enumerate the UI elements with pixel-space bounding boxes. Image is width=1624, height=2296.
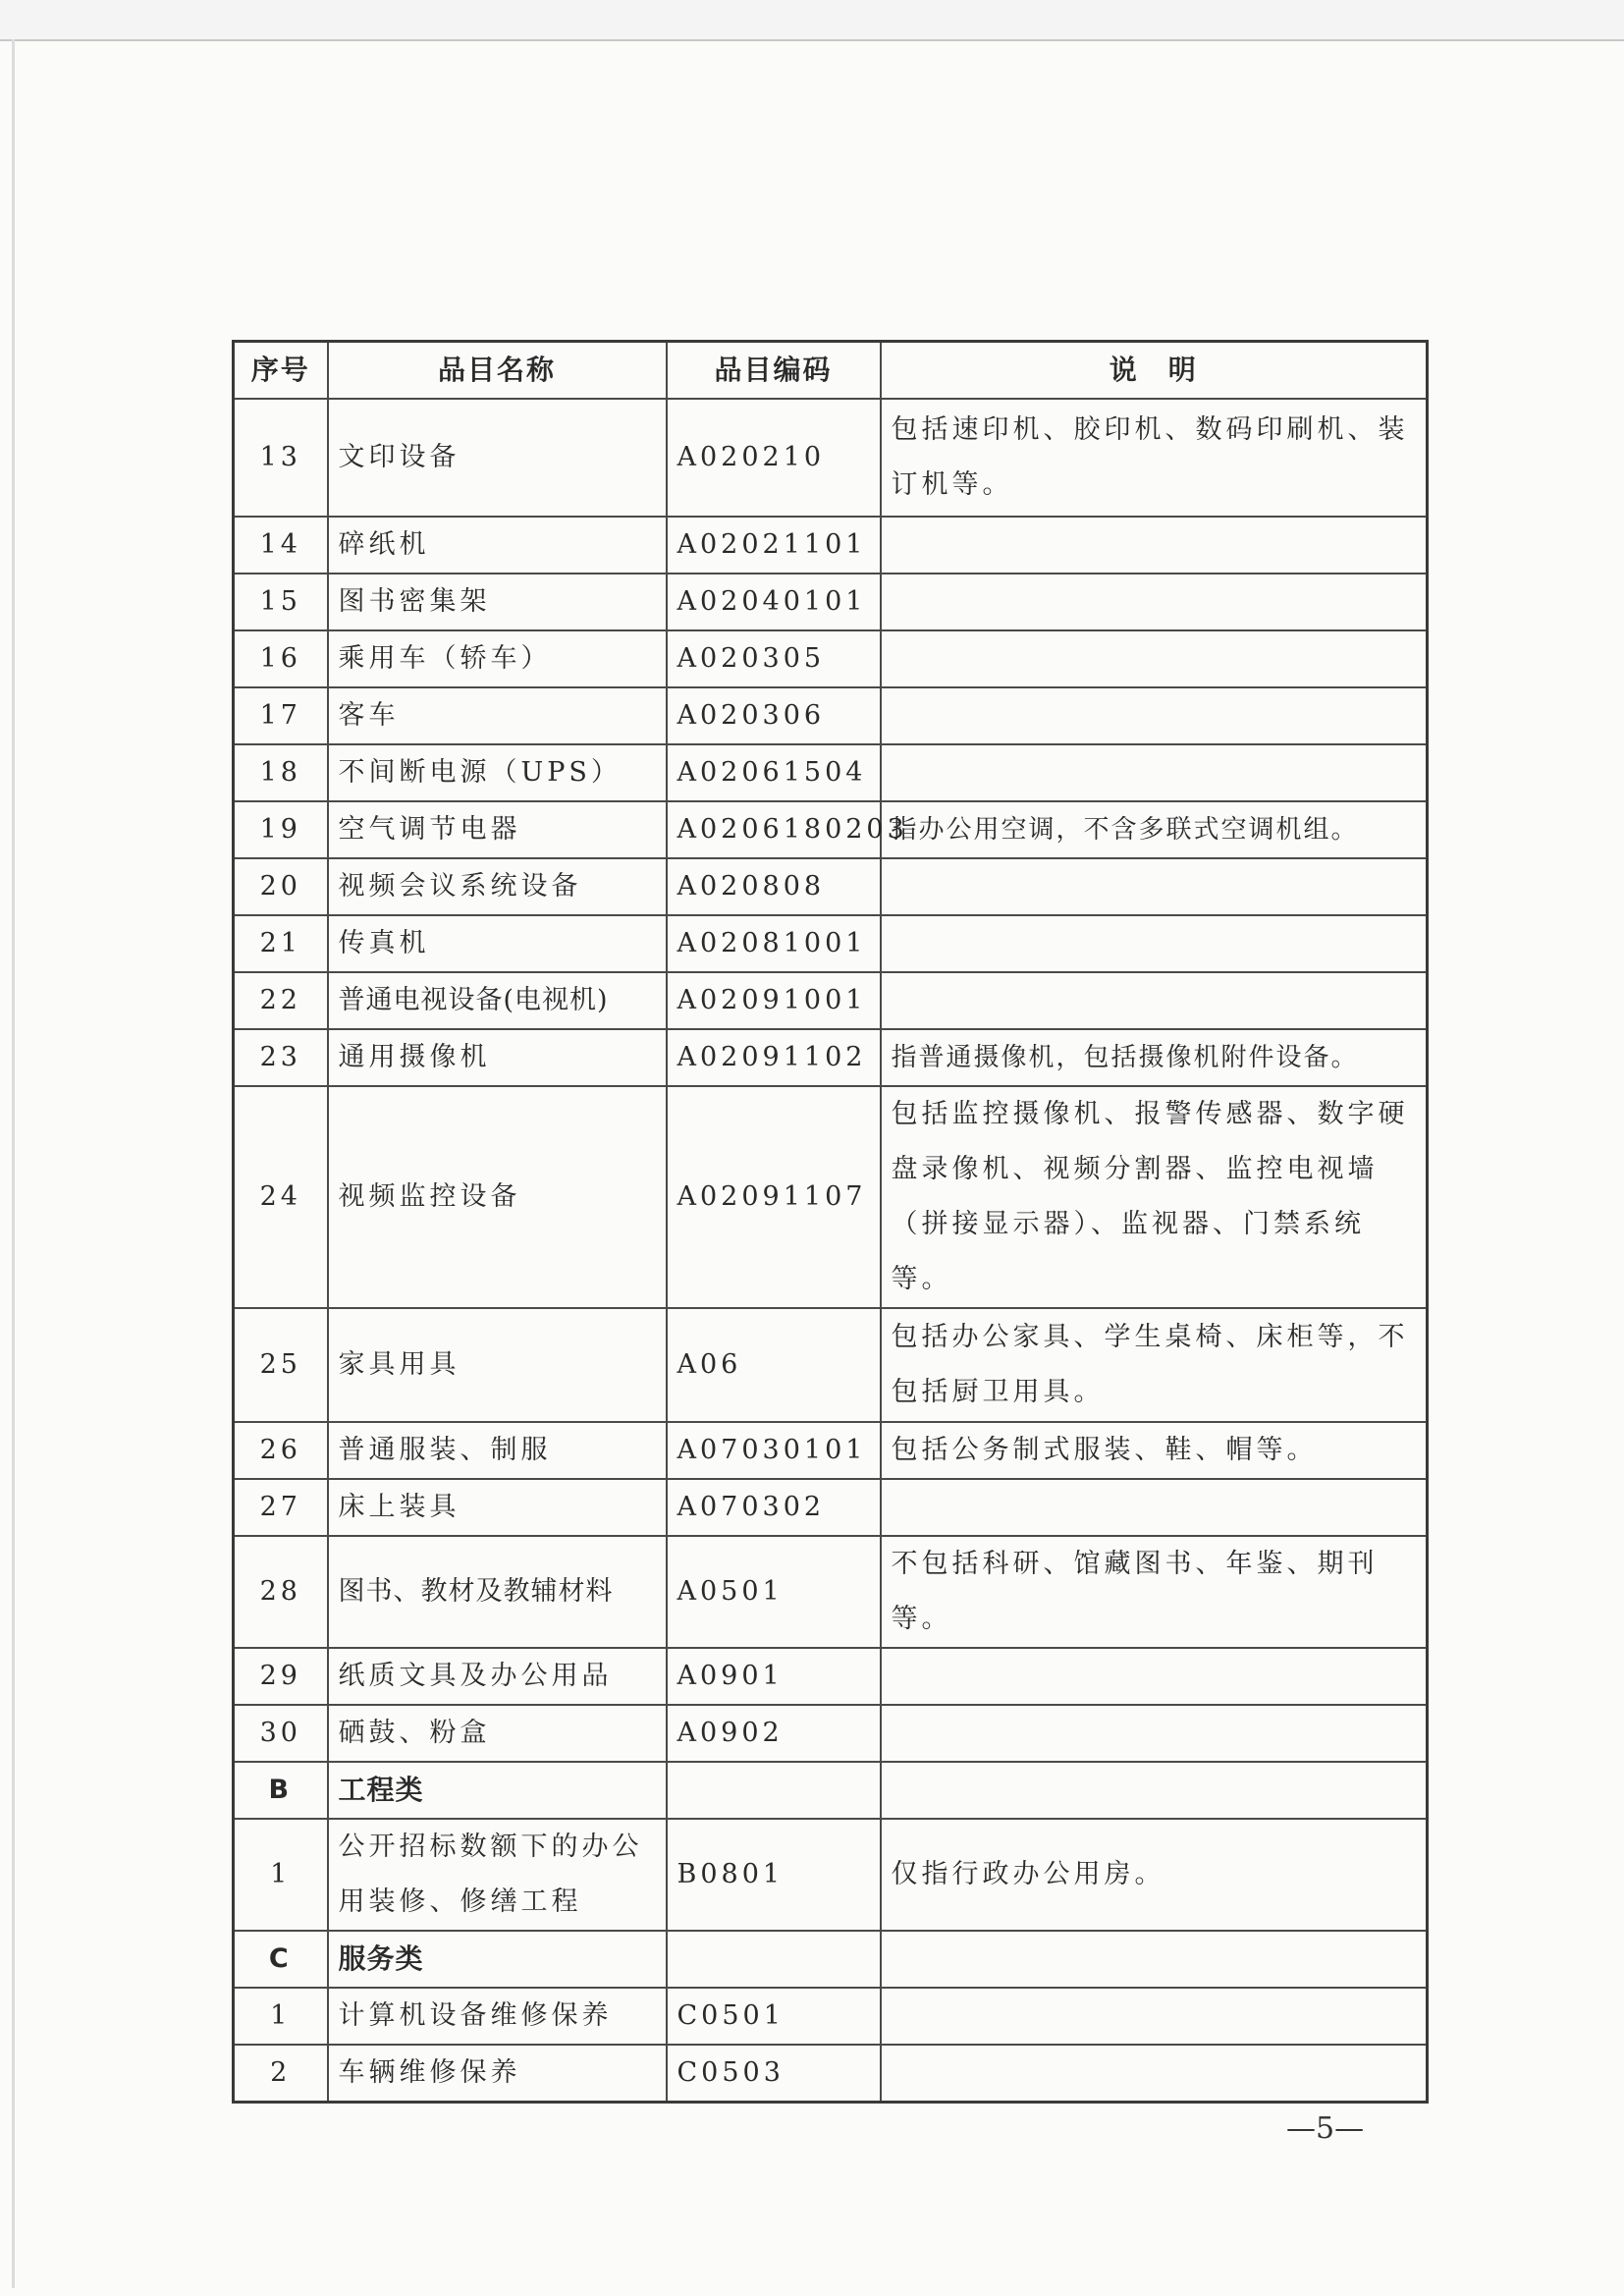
- cell-name: 硒鼓、粉盒: [328, 1705, 667, 1762]
- cell-code: A02021101: [667, 517, 881, 574]
- table-row: 1 公开招标数额下的办公用装修、修缮工程 B0801 仅指行政办公用房。: [234, 1819, 1428, 1931]
- cell-no: 22: [234, 972, 328, 1029]
- cell-desc: [881, 574, 1428, 630]
- cell-code: [667, 1762, 881, 1819]
- cell-code: A0501: [667, 1536, 881, 1648]
- table-row: 23 通用摄像机 A02091102 指普通摄像机，包括摄像机附件设备。: [234, 1029, 1428, 1086]
- cell-desc: [881, 1931, 1428, 1988]
- cell-name: 普通电视设备(电视机): [328, 972, 667, 1029]
- cell-code: [667, 1931, 881, 1988]
- cell-code: C0503: [667, 2045, 881, 2103]
- cell-code: A070302: [667, 1479, 881, 1536]
- cell-no: 15: [234, 574, 328, 630]
- cell-desc: [881, 1988, 1428, 2045]
- cell-code: A07030101: [667, 1422, 881, 1479]
- table-row: 24 视频监控设备 A02091107 包括监控摄像机、报警传感器、数字硬盘录像…: [234, 1086, 1428, 1308]
- page-number: —5—: [1286, 2111, 1364, 2146]
- cell-code: A020305: [667, 630, 881, 687]
- scan-binding-edge: [12, 39, 15, 2288]
- section-title: 服务类: [328, 1931, 667, 1988]
- table-row: 18 不间断电源（UPS） A02061504: [234, 744, 1428, 801]
- cell-code: A02091102: [667, 1029, 881, 1086]
- cell-no: 23: [234, 1029, 328, 1086]
- cell-name: 视频会议系统设备: [328, 858, 667, 915]
- cell-desc: [881, 1762, 1428, 1819]
- cell-no: 28: [234, 1536, 328, 1648]
- scan-top-edge: [0, 0, 1624, 41]
- cell-desc: 包括速印机、胶印机、数码印刷机、装订机等。: [881, 399, 1428, 517]
- cell-no: 14: [234, 517, 328, 574]
- section-title: 工程类: [328, 1762, 667, 1819]
- cell-desc: 包括监控摄像机、报警传感器、数字硬盘录像机、视频分割器、监控电视墙（拼接显示器）…: [881, 1086, 1428, 1308]
- cell-no: 13: [234, 399, 328, 517]
- cell-code: B0801: [667, 1819, 881, 1931]
- table-row: 2 车辆维修保养 C0503: [234, 2045, 1428, 2103]
- procurement-catalog-table: 序号 品目名称 品目编码 说 明 13 文印设备 A020210 包括速印机、胶…: [232, 340, 1429, 2104]
- table-row: 16 乘用车（轿车） A020305: [234, 630, 1428, 687]
- cell-no: 24: [234, 1086, 328, 1308]
- section-row-services: C 服务类: [234, 1931, 1428, 1988]
- cell-desc: 仅指行政办公用房。: [881, 1819, 1428, 1931]
- cell-no: 21: [234, 915, 328, 972]
- cell-name: 碎纸机: [328, 517, 667, 574]
- cell-desc: [881, 744, 1428, 801]
- section-row-engineering: B 工程类: [234, 1762, 1428, 1819]
- table-row: 25 家具用具 A06 包括办公家具、学生桌椅、床柜等，不包括厨卫用具。: [234, 1308, 1428, 1422]
- cell-name: 纸质文具及办公用品: [328, 1648, 667, 1705]
- cell-code: A02091001: [667, 972, 881, 1029]
- cell-code: C0501: [667, 1988, 881, 2045]
- cell-code: A0901: [667, 1648, 881, 1705]
- cell-code: A02061504: [667, 744, 881, 801]
- cell-code: A02081001: [667, 915, 881, 972]
- table-row: 22 普通电视设备(电视机) A02091001: [234, 972, 1428, 1029]
- table-row: 19 空气调节电器 A0206180203 指办公用空调，不含多联式空调机组。: [234, 801, 1428, 858]
- cell-desc: [881, 1648, 1428, 1705]
- cell-desc: 指办公用空调，不含多联式空调机组。: [881, 801, 1428, 858]
- cell-name: 床上装具: [328, 1479, 667, 1536]
- table-row: 30 硒鼓、粉盒 A0902: [234, 1705, 1428, 1762]
- table-row: 13 文印设备 A020210 包括速印机、胶印机、数码印刷机、装订机等。: [234, 399, 1428, 517]
- header-desc: 说 明: [881, 342, 1428, 400]
- table-row: 17 客车 A020306: [234, 687, 1428, 744]
- cell-desc: 指普通摄像机，包括摄像机附件设备。: [881, 1029, 1428, 1086]
- cell-name: 普通服装、制服: [328, 1422, 667, 1479]
- header-name: 品目名称: [328, 342, 667, 400]
- table-row: 21 传真机 A02081001: [234, 915, 1428, 972]
- cell-name: 传真机: [328, 915, 667, 972]
- table-header-row: 序号 品目名称 品目编码 说 明: [234, 342, 1428, 400]
- table-row: 20 视频会议系统设备 A020808: [234, 858, 1428, 915]
- cell-desc: [881, 972, 1428, 1029]
- table-row: 29 纸质文具及办公用品 A0901: [234, 1648, 1428, 1705]
- cell-name: 空气调节电器: [328, 801, 667, 858]
- cell-desc: [881, 1705, 1428, 1762]
- section-code: C: [234, 1931, 328, 1988]
- cell-no: 29: [234, 1648, 328, 1705]
- cell-no: 20: [234, 858, 328, 915]
- cell-name: 计算机设备维修保养: [328, 1988, 667, 2045]
- cell-name: 图书、教材及教辅材料: [328, 1536, 667, 1648]
- cell-code: A020210: [667, 399, 881, 517]
- cell-no: 18: [234, 744, 328, 801]
- header-code: 品目编码: [667, 342, 881, 400]
- cell-code: A020306: [667, 687, 881, 744]
- cell-code: A0902: [667, 1705, 881, 1762]
- cell-desc: [881, 2045, 1428, 2103]
- table-row: 15 图书密集架 A02040101: [234, 574, 1428, 630]
- cell-name: 公开招标数额下的办公用装修、修缮工程: [328, 1819, 667, 1931]
- cell-name: 文印设备: [328, 399, 667, 517]
- cell-desc: 包括办公家具、学生桌椅、床柜等，不包括厨卫用具。: [881, 1308, 1428, 1422]
- cell-no: 1: [234, 1819, 328, 1931]
- cell-no: 26: [234, 1422, 328, 1479]
- cell-name: 不间断电源（UPS）: [328, 744, 667, 801]
- cell-name: 车辆维修保养: [328, 2045, 667, 2103]
- cell-name: 乘用车（轿车）: [328, 630, 667, 687]
- cell-no: 30: [234, 1705, 328, 1762]
- section-code: B: [234, 1762, 328, 1819]
- cell-code: A0206180203: [667, 801, 881, 858]
- cell-name: 通用摄像机: [328, 1029, 667, 1086]
- table-row: 1 计算机设备维修保养 C0501: [234, 1988, 1428, 2045]
- cell-desc: [881, 915, 1428, 972]
- cell-no: 25: [234, 1308, 328, 1422]
- table-row: 27 床上装具 A070302: [234, 1479, 1428, 1536]
- cell-desc: 包括公务制式服装、鞋、帽等。: [881, 1422, 1428, 1479]
- cell-name: 图书密集架: [328, 574, 667, 630]
- cell-code: A02091107: [667, 1086, 881, 1308]
- cell-code: A06: [667, 1308, 881, 1422]
- cell-no: 2: [234, 2045, 328, 2103]
- cell-desc: [881, 517, 1428, 574]
- cell-desc: [881, 858, 1428, 915]
- cell-no: 1: [234, 1988, 328, 2045]
- cell-code: A02040101: [667, 574, 881, 630]
- cell-desc: [881, 687, 1428, 744]
- cell-desc: [881, 1479, 1428, 1536]
- cell-name: 客车: [328, 687, 667, 744]
- cell-code: A020808: [667, 858, 881, 915]
- cell-no: 16: [234, 630, 328, 687]
- cell-no: 19: [234, 801, 328, 858]
- cell-no: 17: [234, 687, 328, 744]
- table-row: 14 碎纸机 A02021101: [234, 517, 1428, 574]
- cell-desc: [881, 630, 1428, 687]
- cell-name: 视频监控设备: [328, 1086, 667, 1308]
- cell-name: 家具用具: [328, 1308, 667, 1422]
- cell-no: 27: [234, 1479, 328, 1536]
- table-row: 28 图书、教材及教辅材料 A0501 不包括科研、馆藏图书、年鉴、期刊等。: [234, 1536, 1428, 1648]
- header-no: 序号: [234, 342, 328, 400]
- cell-desc: 不包括科研、馆藏图书、年鉴、期刊等。: [881, 1536, 1428, 1648]
- table-row: 26 普通服装、制服 A07030101 包括公务制式服装、鞋、帽等。: [234, 1422, 1428, 1479]
